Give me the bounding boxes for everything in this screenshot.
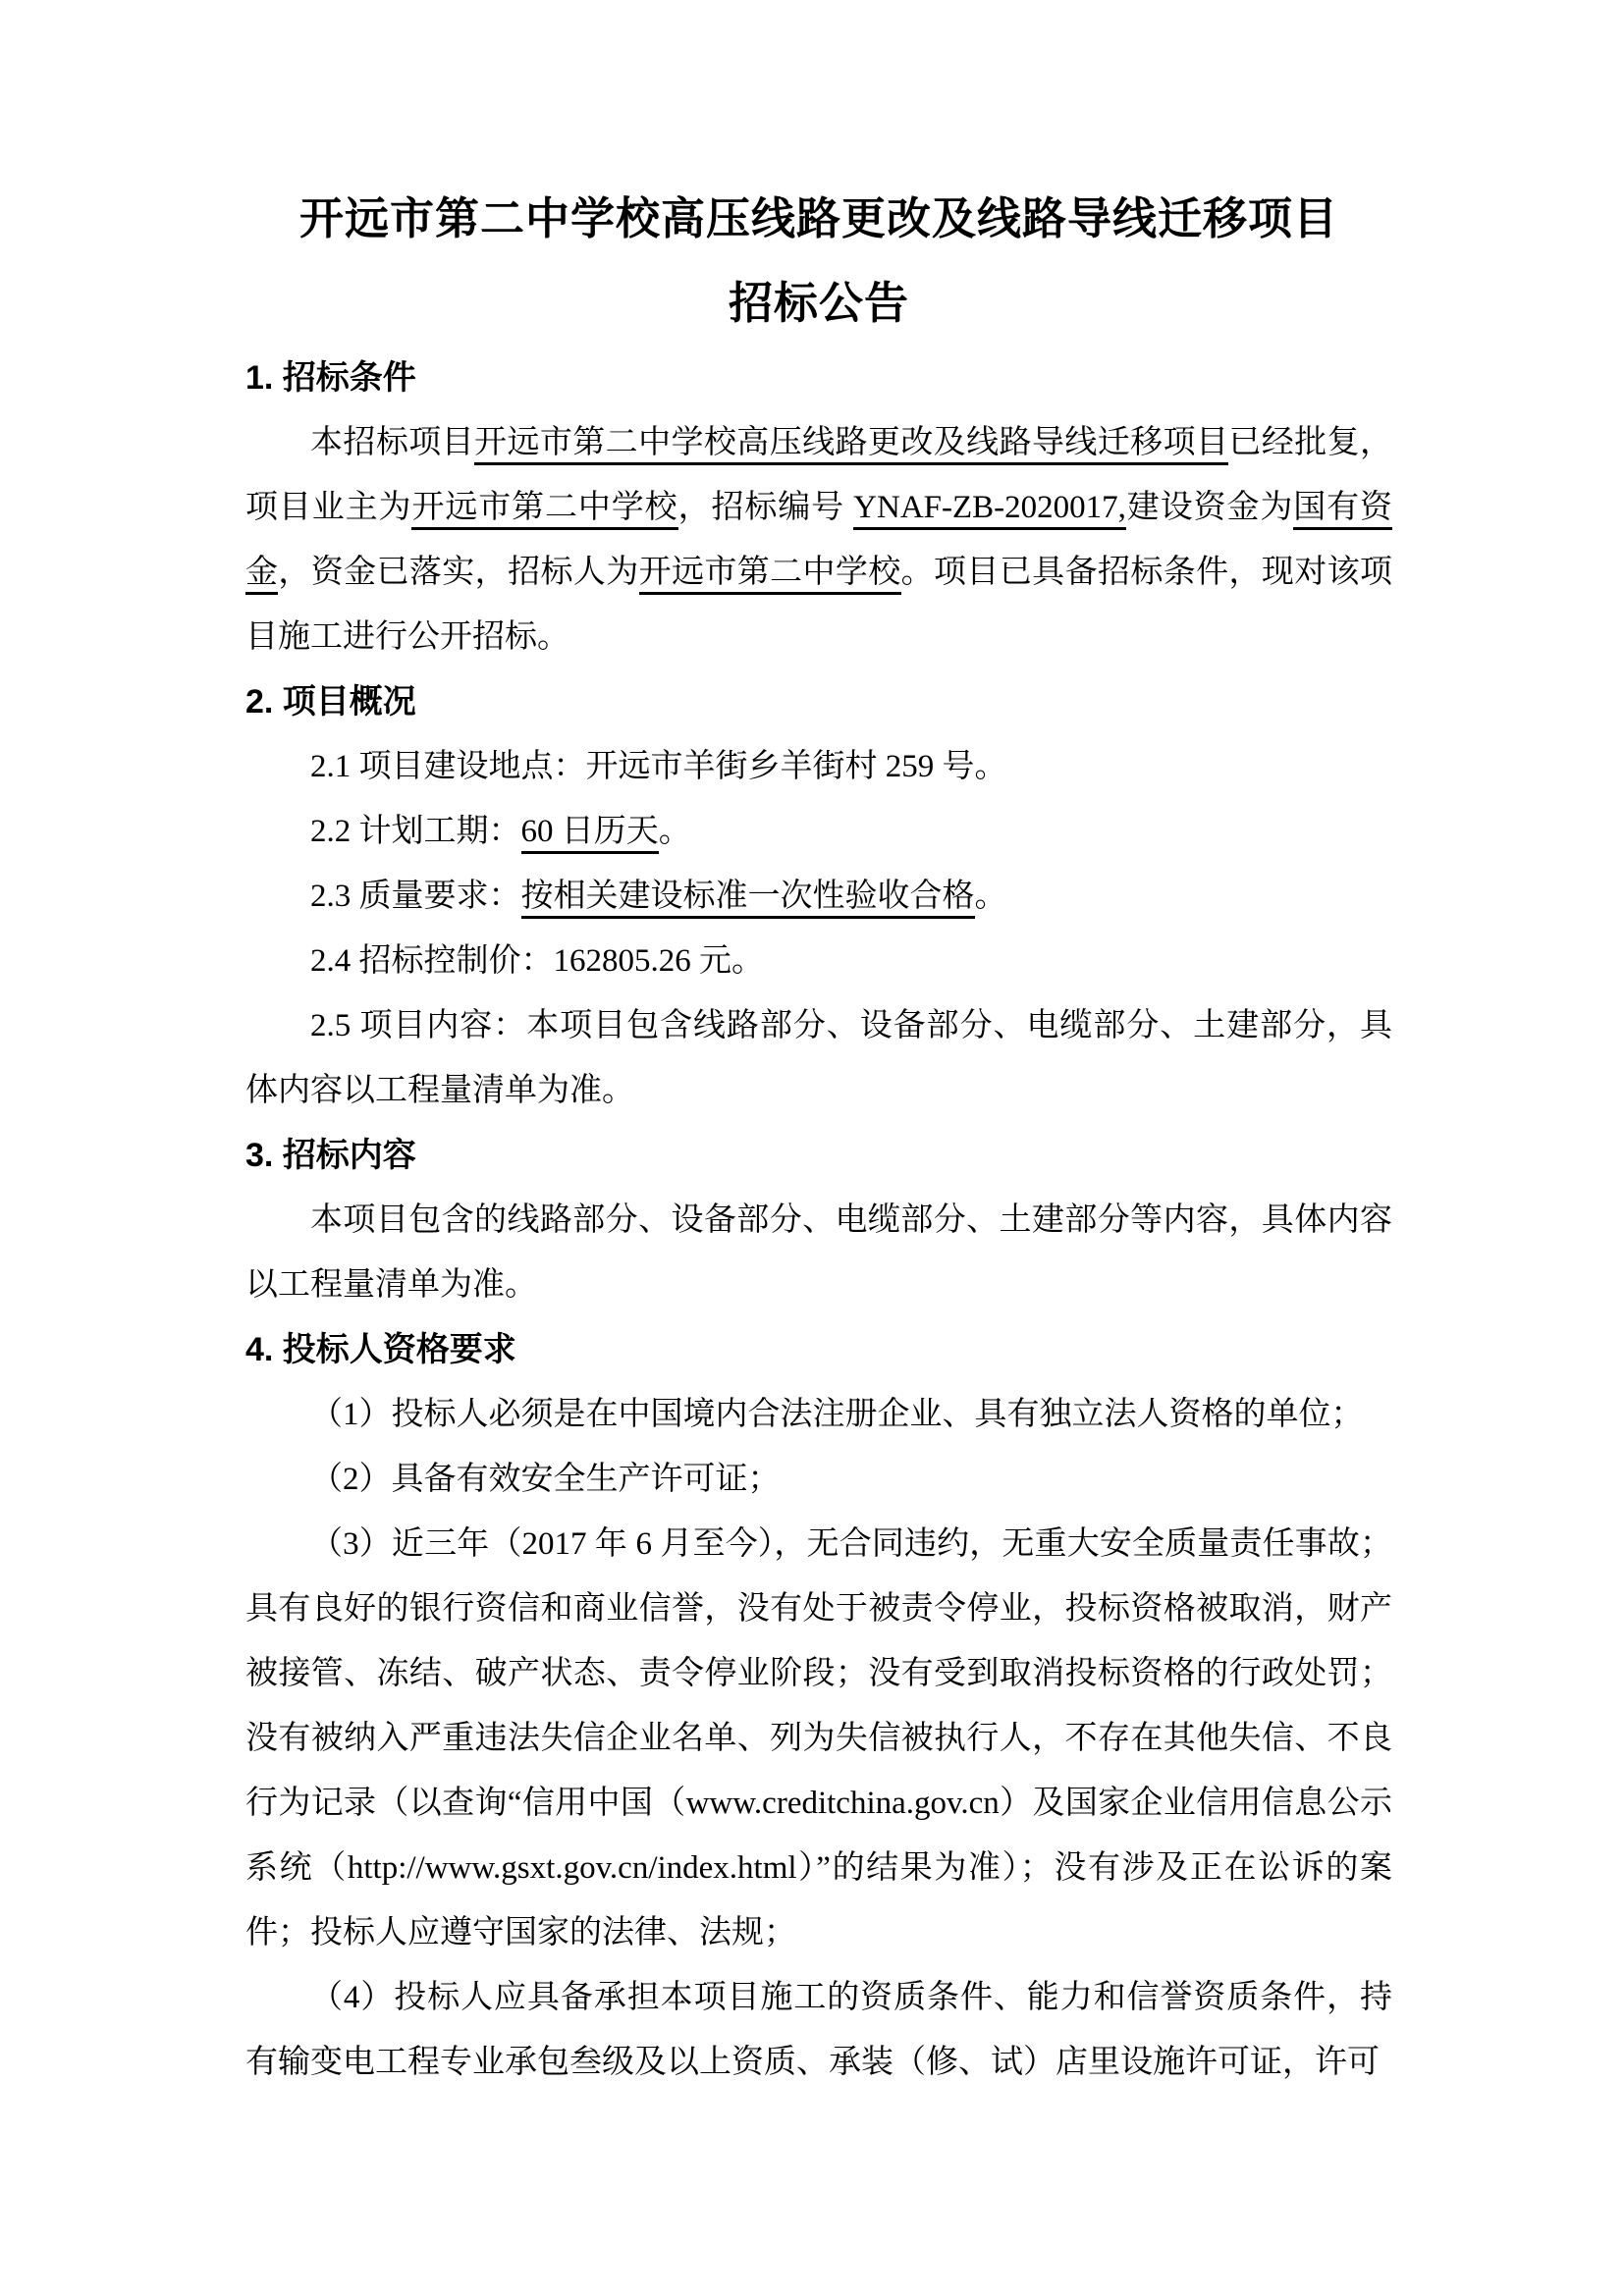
document-page: 开远市第二中学校高压线路更改及线路导线迁移项目 招标公告 1. 招标条件 本招标… [0, 0, 1624, 2296]
text-segment: 建设资金为 [1126, 490, 1293, 525]
section-3-heading: 3. 招标内容 [245, 1123, 1392, 1188]
section-3-paragraph: 本项目包含的线路部分、设备部分、电缆部分、土建部分等内容，具体内容以工程量清单为… [245, 1188, 1392, 1317]
underline-field-quality: 按相关建设标准一次性验收合格 [521, 879, 975, 919]
text-segment: 。 [659, 814, 691, 849]
qualification-item-2: （2）具备有效安全生产许可证； [245, 1447, 1392, 1512]
document-subtitle: 招标公告 [245, 261, 1392, 346]
qualification-item-4: （4）投标人应具备承担本项目施工的资质条件、能力和信誉资质条件，持有输变电工程专… [245, 1965, 1392, 2095]
item-2-1: 2.1 项目建设地点：开远市羊街乡羊街村 259 号。 [245, 734, 1392, 799]
section-2-heading: 2. 项目概况 [245, 669, 1392, 734]
item-2-5: 2.5 项目内容：本项目包含线路部分、设备部分、电缆部分、土建部分，具体内容以工… [245, 993, 1392, 1123]
underline-field-tenderer: 开远市第二中学校 [639, 555, 901, 595]
text-segment: 。 [975, 879, 1007, 914]
item-2-2: 2.2 计划工期：60 日历天。 [245, 799, 1392, 864]
text-segment: ，招标编号 [678, 490, 854, 525]
text-segment: 2.2 计划工期： [310, 814, 521, 849]
underline-field-owner: 开远市第二中学校 [411, 490, 677, 530]
qualification-item-3: （3）近三年（2017 年 6 月至今），无合同违约，无重大安全质量责任事故；具… [245, 1512, 1392, 1965]
underline-field-project-name: 开远市第二中学校高压线路更改及线路导线迁移项目 [474, 425, 1228, 465]
qualification-item-1: （1）投标人必须是在中国境内合法注册企业、具有独立法人资格的单位； [245, 1382, 1392, 1447]
section-4-heading: 4. 投标人资格要求 [245, 1317, 1392, 1382]
text-segment: ，资金已落实，招标人为 [278, 555, 638, 590]
underline-field-tender-number: YNAF-ZB-2020017, [853, 490, 1126, 530]
section-1-heading: 1. 招标条件 [245, 346, 1392, 410]
section-1-paragraph: 本招标项目开远市第二中学校高压线路更改及线路导线迁移项目已经批复，项目业主为开远… [245, 410, 1392, 669]
text-segment: 2.3 质量要求： [310, 879, 521, 914]
item-2-4: 2.4 招标控制价：162805.26 元。 [245, 929, 1392, 993]
item-2-3: 2.3 质量要求：按相关建设标准一次性验收合格。 [245, 864, 1392, 929]
underline-field-duration: 60 日历天 [521, 814, 659, 854]
document-title: 开远市第二中学校高压线路更改及线路导线迁移项目 [245, 177, 1392, 261]
text-segment: 本招标项目 [310, 425, 474, 460]
